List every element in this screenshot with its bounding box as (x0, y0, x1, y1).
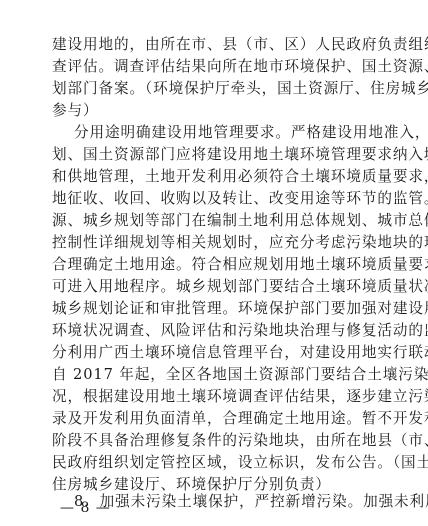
text-line: 可进入用地程序。城乡规划部门要结合土壤环境质量状况，加强 (52, 276, 376, 298)
text-line: 分利用广西土壤环境信息管理平台，对建设用地实行联动监管。 (52, 342, 376, 364)
paragraph-start-line: 分用途明确建设用地管理要求。严格建设用地准入，城乡规 (74, 122, 376, 144)
text-line: 地征收、收回、收购以及转让、改变用途等环节的监管。国土资 (52, 188, 376, 210)
text-line: 录及开发利用负面清单，合理确定土地用途。暂不开发利用或现 (52, 408, 376, 430)
text-line: 民政府组织划定管控区域，设立标识，发布公告。（国土资源厅、 (52, 452, 376, 474)
text-line: 自 2017 年起，全区各地国土资源部门要结合土壤污染状况详查情 (52, 364, 376, 386)
text-line: 况，根据建设用地土壤环境调查评估结果，逐步建立污染地块名 (52, 386, 376, 408)
text-line: 环境状况调查、风险评估和污染地块治理与修复活动的监管。充 (52, 320, 376, 342)
document-page: 建设用地的，由所在市、县（市、区）人民政府负责组织开展调 查评估。调查评估结果向… (0, 0, 428, 526)
text-line: 城乡规划论证和审批管理。环境保护部门要加强对建设用地土壤 (52, 298, 376, 320)
text-line: 和供地管理，土地开发利用必须符合土壤环境质量要求，加强土 (52, 166, 376, 188)
text-line: 阶段不具备治理修复条件的污染地块，由所在地县（市、区）人 (52, 430, 376, 452)
page-number: — 8 — (60, 498, 111, 518)
text-line: 划、国土资源部门应将建设用地土壤环境管理要求纳入城市规划 (52, 144, 376, 166)
text-line: 建设用地的，由所在市、县（市、区）人民政府负责组织开展调 (52, 34, 376, 56)
text-line: 合理确定土地用途。符合相应规划用地土壤环境质量要求的地块， (52, 254, 376, 276)
text-line: 参与） (52, 100, 376, 122)
text-line: 划部门备案。（环境保护厅牵头，国土资源厅、住房城乡建设厅 (52, 78, 376, 100)
paragraph-start-line: 8．加强未污染土壤保护，严控新增污染。加强未利用地环境 (74, 491, 376, 513)
text-line: 源、城乡规划等部门在编制土地利用总体规划、城市总体规划、 (52, 210, 376, 232)
text-line: 控制性详细规划等相关规划时，应充分考虑污染地块的环境风险， (52, 232, 376, 254)
text-line: 查评估。调查评估结果向所在地市环境保护、国土资源、城乡规 (52, 56, 376, 78)
